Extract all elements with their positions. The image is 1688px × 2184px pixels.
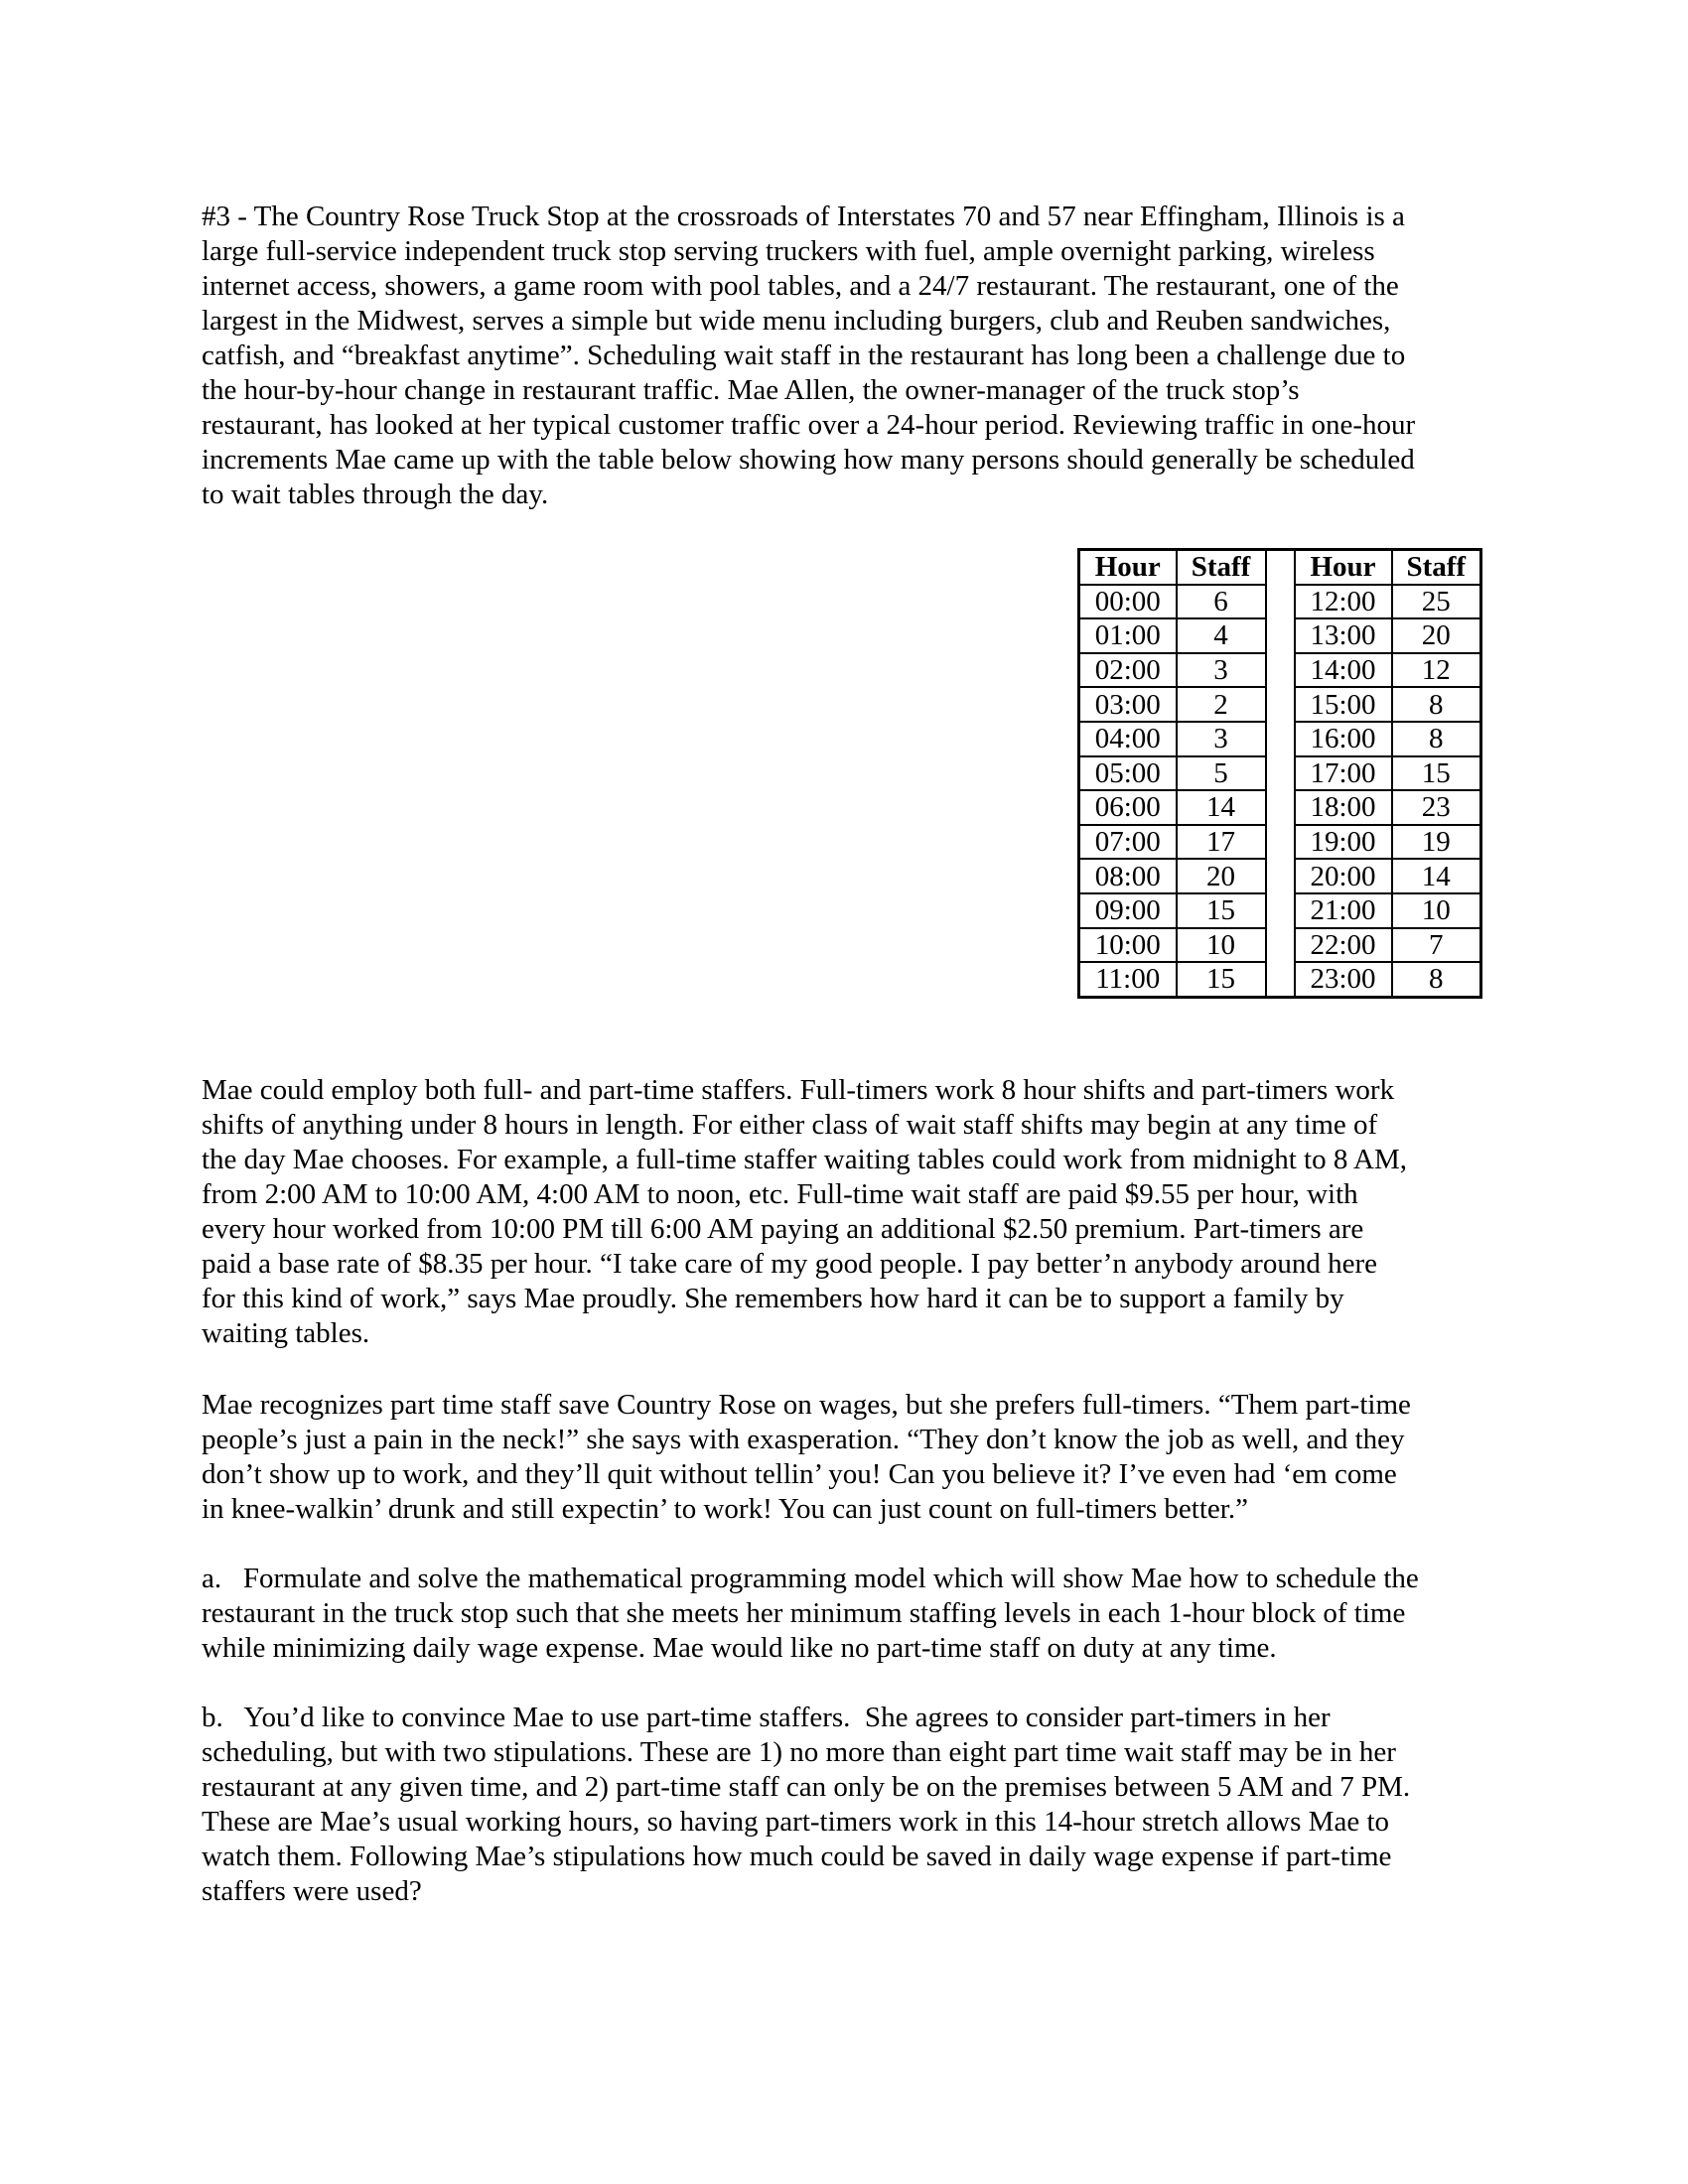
spacer-column: [1266, 585, 1295, 619]
spacer-column: [1266, 825, 1295, 860]
table-row: 07:00 17 19:00 19: [1079, 825, 1481, 860]
hour-cell: 17:00: [1295, 756, 1392, 791]
text-line: don’t show up to work, and they’ll quit …: [202, 1457, 1492, 1492]
header-staff: Staff: [1392, 550, 1481, 585]
spacer-column: [1266, 859, 1295, 893]
table-row: 05:00 5 17:00 15: [1079, 756, 1481, 791]
staff-cell: 3: [1177, 722, 1266, 756]
spacer-column: [1266, 653, 1295, 688]
staffing-rules-paragraph: Mae could employ both full- and part-tim…: [202, 1073, 1492, 1351]
table-row: 10:00 10 22:00 7: [1079, 928, 1481, 963]
text-line: staffers were used?: [202, 1874, 1492, 1909]
hour-cell: 07:00: [1079, 825, 1177, 860]
question-b: b. You’d like to convince Mae to use par…: [202, 1701, 1492, 1909]
text-line: restaurant, has looked at her typical cu…: [202, 408, 1492, 443]
staff-cell: 8: [1392, 687, 1481, 722]
hour-cell: 12:00: [1295, 585, 1392, 619]
staff-cell: 20: [1392, 618, 1481, 653]
hour-cell: 22:00: [1295, 928, 1392, 963]
staff-cell: 14: [1392, 859, 1481, 893]
staff-cell: 8: [1392, 962, 1481, 997]
staff-cell: 15: [1177, 962, 1266, 997]
spacer-column: [1266, 756, 1295, 791]
text-line: These are Mae’s usual working hours, so …: [202, 1805, 1492, 1840]
staff-cell: 17: [1177, 825, 1266, 860]
hour-cell: 14:00: [1295, 653, 1392, 688]
text-line: a. Formulate and solve the mathematical …: [202, 1562, 1492, 1596]
staff-cell: 20: [1177, 859, 1266, 893]
text-line: Mae could employ both full- and part-tim…: [202, 1073, 1492, 1108]
preference-paragraph: Mae recognizes part time staff save Coun…: [202, 1388, 1492, 1527]
staff-cell: 15: [1392, 756, 1481, 791]
hour-cell: 02:00: [1079, 653, 1177, 688]
staff-cell: 23: [1392, 790, 1481, 825]
text-line: #3 - The Country Rose Truck Stop at the …: [202, 200, 1492, 234]
intro-paragraph: #3 - The Country Rose Truck Stop at the …: [202, 200, 1492, 512]
staff-cell: 6: [1177, 585, 1266, 619]
hour-cell: 01:00: [1079, 618, 1177, 653]
table-row: 06:00 14 18:00 23: [1079, 790, 1481, 825]
text-line: while minimizing daily wage expense. Mae…: [202, 1631, 1492, 1666]
spacer-column: [1266, 722, 1295, 756]
spacer-column: [1266, 550, 1295, 585]
text-line: shifts of anything under 8 hours in leng…: [202, 1108, 1492, 1143]
spacer-column: [1266, 618, 1295, 653]
question-a: a. Formulate and solve the mathematical …: [202, 1562, 1492, 1666]
spacer-column: [1266, 928, 1295, 963]
text-line: increments Mae came up with the table be…: [202, 443, 1492, 478]
text-line: the hour-by-hour change in restaurant tr…: [202, 373, 1492, 408]
staff-cell: 10: [1392, 893, 1481, 928]
staff-cell: 7: [1392, 928, 1481, 963]
text-line: Mae recognizes part time staff save Coun…: [202, 1388, 1492, 1423]
header-hour: Hour: [1079, 550, 1177, 585]
spacer-column: [1266, 687, 1295, 722]
table-row: 02:00 3 14:00 12: [1079, 653, 1481, 688]
table-row: 00:00 6 12:00 25: [1079, 585, 1481, 619]
hour-cell: 18:00: [1295, 790, 1392, 825]
staff-cell: 14: [1177, 790, 1266, 825]
staff-cell: 5: [1177, 756, 1266, 791]
hour-cell: 10:00: [1079, 928, 1177, 963]
text-line: paid a base rate of $8.35 per hour. “I t…: [202, 1247, 1492, 1282]
hour-cell: 15:00: [1295, 687, 1392, 722]
table-header-row: Hour Staff Hour Staff: [1079, 550, 1481, 585]
hour-cell: 13:00: [1295, 618, 1392, 653]
staff-cell: 12: [1392, 653, 1481, 688]
spacer-column: [1266, 893, 1295, 928]
hour-cell: 16:00: [1295, 722, 1392, 756]
text-line: every hour worked from 10:00 PM till 6:0…: [202, 1212, 1492, 1247]
text-line: restaurant at any given time, and 2) par…: [202, 1770, 1492, 1805]
spacer-column: [1266, 790, 1295, 825]
hour-cell: 04:00: [1079, 722, 1177, 756]
text-line: largest in the Midwest, serves a simple …: [202, 304, 1492, 339]
text-line: waiting tables.: [202, 1316, 1492, 1351]
text-line: catfish, and “breakfast anytime”. Schedu…: [202, 339, 1492, 373]
hour-cell: 09:00: [1079, 893, 1177, 928]
table-row: 11:00 15 23:00 8: [1079, 962, 1481, 997]
staff-cell: 2: [1177, 687, 1266, 722]
table-row: 04:00 3 16:00 8: [1079, 722, 1481, 756]
table-row: 01:00 4 13:00 20: [1079, 618, 1481, 653]
hour-cell: 20:00: [1295, 859, 1392, 893]
hour-cell: 03:00: [1079, 687, 1177, 722]
staff-cell: 15: [1177, 893, 1266, 928]
hour-cell: 21:00: [1295, 893, 1392, 928]
staff-cell: 3: [1177, 653, 1266, 688]
text-line: large full-service independent truck sto…: [202, 234, 1492, 269]
text-line: from 2:00 AM to 10:00 AM, 4:00 AM to noo…: [202, 1177, 1492, 1212]
text-line: watch them. Following Mae’s stipulations…: [202, 1840, 1492, 1874]
text-line: scheduling, but with two stipulations. T…: [202, 1735, 1492, 1770]
staff-cell: 4: [1177, 618, 1266, 653]
text-line: the day Mae chooses. For example, a full…: [202, 1143, 1492, 1177]
table-row: 09:00 15 21:00 10: [1079, 893, 1481, 928]
hour-cell: 19:00: [1295, 825, 1392, 860]
staff-cell: 25: [1392, 585, 1481, 619]
spacer-column: [1266, 962, 1295, 997]
text-line: restaurant in the truck stop such that s…: [202, 1596, 1492, 1631]
text-line: people’s just a pain in the neck!” she s…: [202, 1423, 1492, 1457]
hour-cell: 05:00: [1079, 756, 1177, 791]
staff-cell: 19: [1392, 825, 1481, 860]
staff-cell: 8: [1392, 722, 1481, 756]
header-hour: Hour: [1295, 550, 1392, 585]
header-staff: Staff: [1177, 550, 1266, 585]
hour-cell: 00:00: [1079, 585, 1177, 619]
text-line: for this kind of work,” says Mae proudly…: [202, 1282, 1492, 1316]
staffing-table: Hour Staff Hour Staff 00:00 6 12:00 25 0…: [1077, 548, 1482, 999]
hour-cell: 08:00: [1079, 859, 1177, 893]
text-line: internet access, showers, a game room wi…: [202, 269, 1492, 304]
table-row: 08:00 20 20:00 14: [1079, 859, 1481, 893]
text-line: to wait tables through the day.: [202, 478, 1492, 512]
hour-cell: 06:00: [1079, 790, 1177, 825]
text-line: b. You’d like to convince Mae to use par…: [202, 1701, 1492, 1735]
hour-cell: 23:00: [1295, 962, 1392, 997]
hour-cell: 11:00: [1079, 962, 1177, 997]
text-line: in knee-walkin’ drunk and still expectin…: [202, 1492, 1492, 1527]
table-row: 03:00 2 15:00 8: [1079, 687, 1481, 722]
staff-cell: 10: [1177, 928, 1266, 963]
